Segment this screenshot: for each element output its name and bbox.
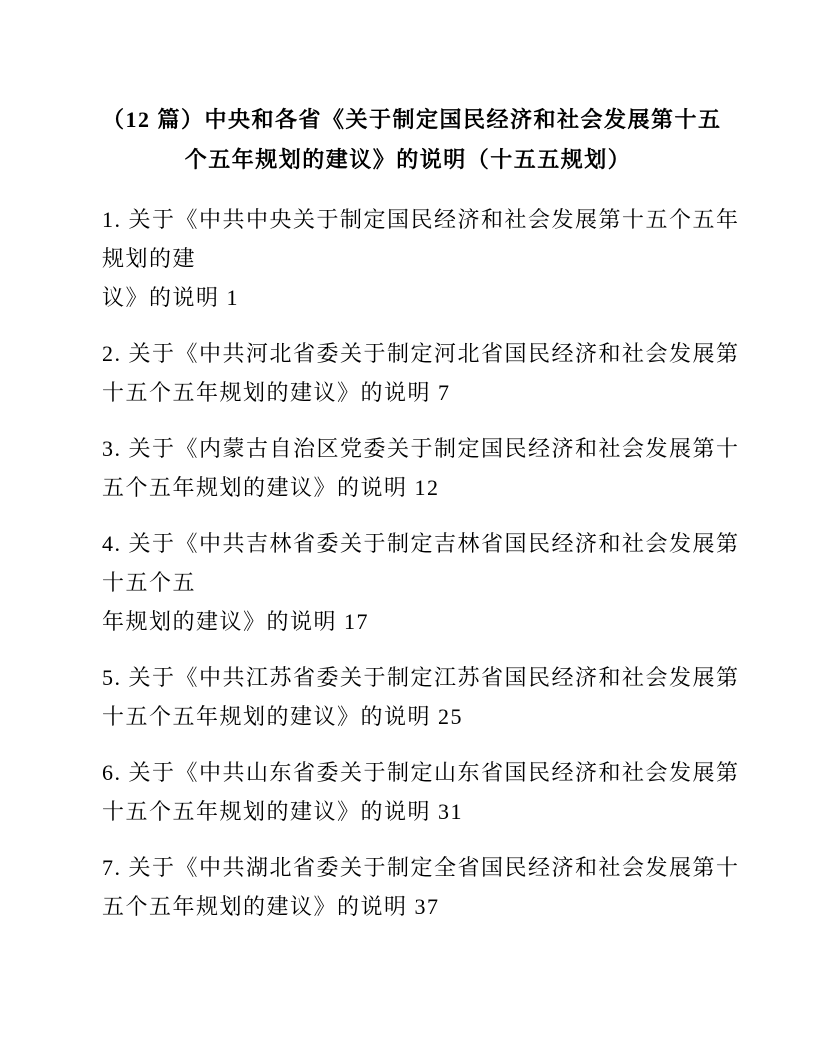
- toc-item-1: 1. 关于《中共中央关于制定国民经济和社会发展第十五个五年 规划的建 议》的说明…: [102, 200, 714, 317]
- toc-item-4-line-3: 年规划的建议》的说明 17: [102, 602, 714, 641]
- toc-item-3: 3. 关于《内蒙古自治区党委关于制定国民经济和社会发展第十 五个五年规划的建议》…: [102, 429, 714, 507]
- toc-item-3-line-2: 五个五年规划的建议》的说明 12: [102, 468, 714, 507]
- toc-item-2-line-2: 十五个五年规划的建议》的说明 7: [102, 373, 714, 412]
- toc-item-2-line-1: 2. 关于《中共河北省委关于制定河北省国民经济和社会发展第: [102, 334, 714, 373]
- toc-item-1-line-1: 1. 关于《中共中央关于制定国民经济和社会发展第十五个五年: [102, 200, 714, 239]
- toc-item-1-line-2: 规划的建: [102, 239, 714, 278]
- toc-item-6-line-2: 十五个五年规划的建议》的说明 31: [102, 792, 714, 831]
- toc-item-4-line-1: 4. 关于《中共吉林省委关于制定吉林省国民经济和社会发展第: [102, 524, 714, 563]
- title-line-1: （12 篇）中央和各省《关于制定国民经济和社会发展第十五: [102, 100, 714, 140]
- toc-item-3-line-1: 3. 关于《内蒙古自治区党委关于制定国民经济和社会发展第十: [102, 429, 714, 468]
- toc-item-6: 6. 关于《中共山东省委关于制定山东省国民经济和社会发展第 十五个五年规划的建议…: [102, 753, 714, 831]
- toc-item-4: 4. 关于《中共吉林省委关于制定吉林省国民经济和社会发展第 十五个五 年规划的建…: [102, 524, 714, 641]
- toc-item-7: 7. 关于《中共湖北省委关于制定全省国民经济和社会发展第十 五个五年规划的建议》…: [102, 848, 714, 926]
- toc-item-5-line-2: 十五个五年规划的建议》的说明 25: [102, 697, 714, 736]
- toc-item-5: 5. 关于《中共江苏省委关于制定江苏省国民经济和社会发展第 十五个五年规划的建议…: [102, 658, 714, 736]
- toc-item-4-line-2: 十五个五: [102, 563, 714, 602]
- document-title: （12 篇）中央和各省《关于制定国民经济和社会发展第十五 个五年规划的建议》的说…: [102, 100, 714, 180]
- toc-item-7-line-2: 五个五年规划的建议》的说明 37: [102, 887, 714, 926]
- toc-item-5-line-1: 5. 关于《中共江苏省委关于制定江苏省国民经济和社会发展第: [102, 658, 714, 697]
- toc-item-7-line-1: 7. 关于《中共湖北省委关于制定全省国民经济和社会发展第十: [102, 848, 714, 887]
- toc-item-1-line-3: 议》的说明 1: [102, 278, 714, 317]
- toc-list: 1. 关于《中共中央关于制定国民经济和社会发展第十五个五年 规划的建 议》的说明…: [102, 200, 714, 926]
- document-page: （12 篇）中央和各省《关于制定国民经济和社会发展第十五 个五年规划的建议》的说…: [0, 0, 816, 1056]
- toc-item-6-line-1: 6. 关于《中共山东省委关于制定山东省国民经济和社会发展第: [102, 753, 714, 792]
- toc-item-2: 2. 关于《中共河北省委关于制定河北省国民经济和社会发展第 十五个五年规划的建议…: [102, 334, 714, 412]
- title-line-2: 个五年规划的建议》的说明（十五五规划）: [102, 140, 714, 180]
